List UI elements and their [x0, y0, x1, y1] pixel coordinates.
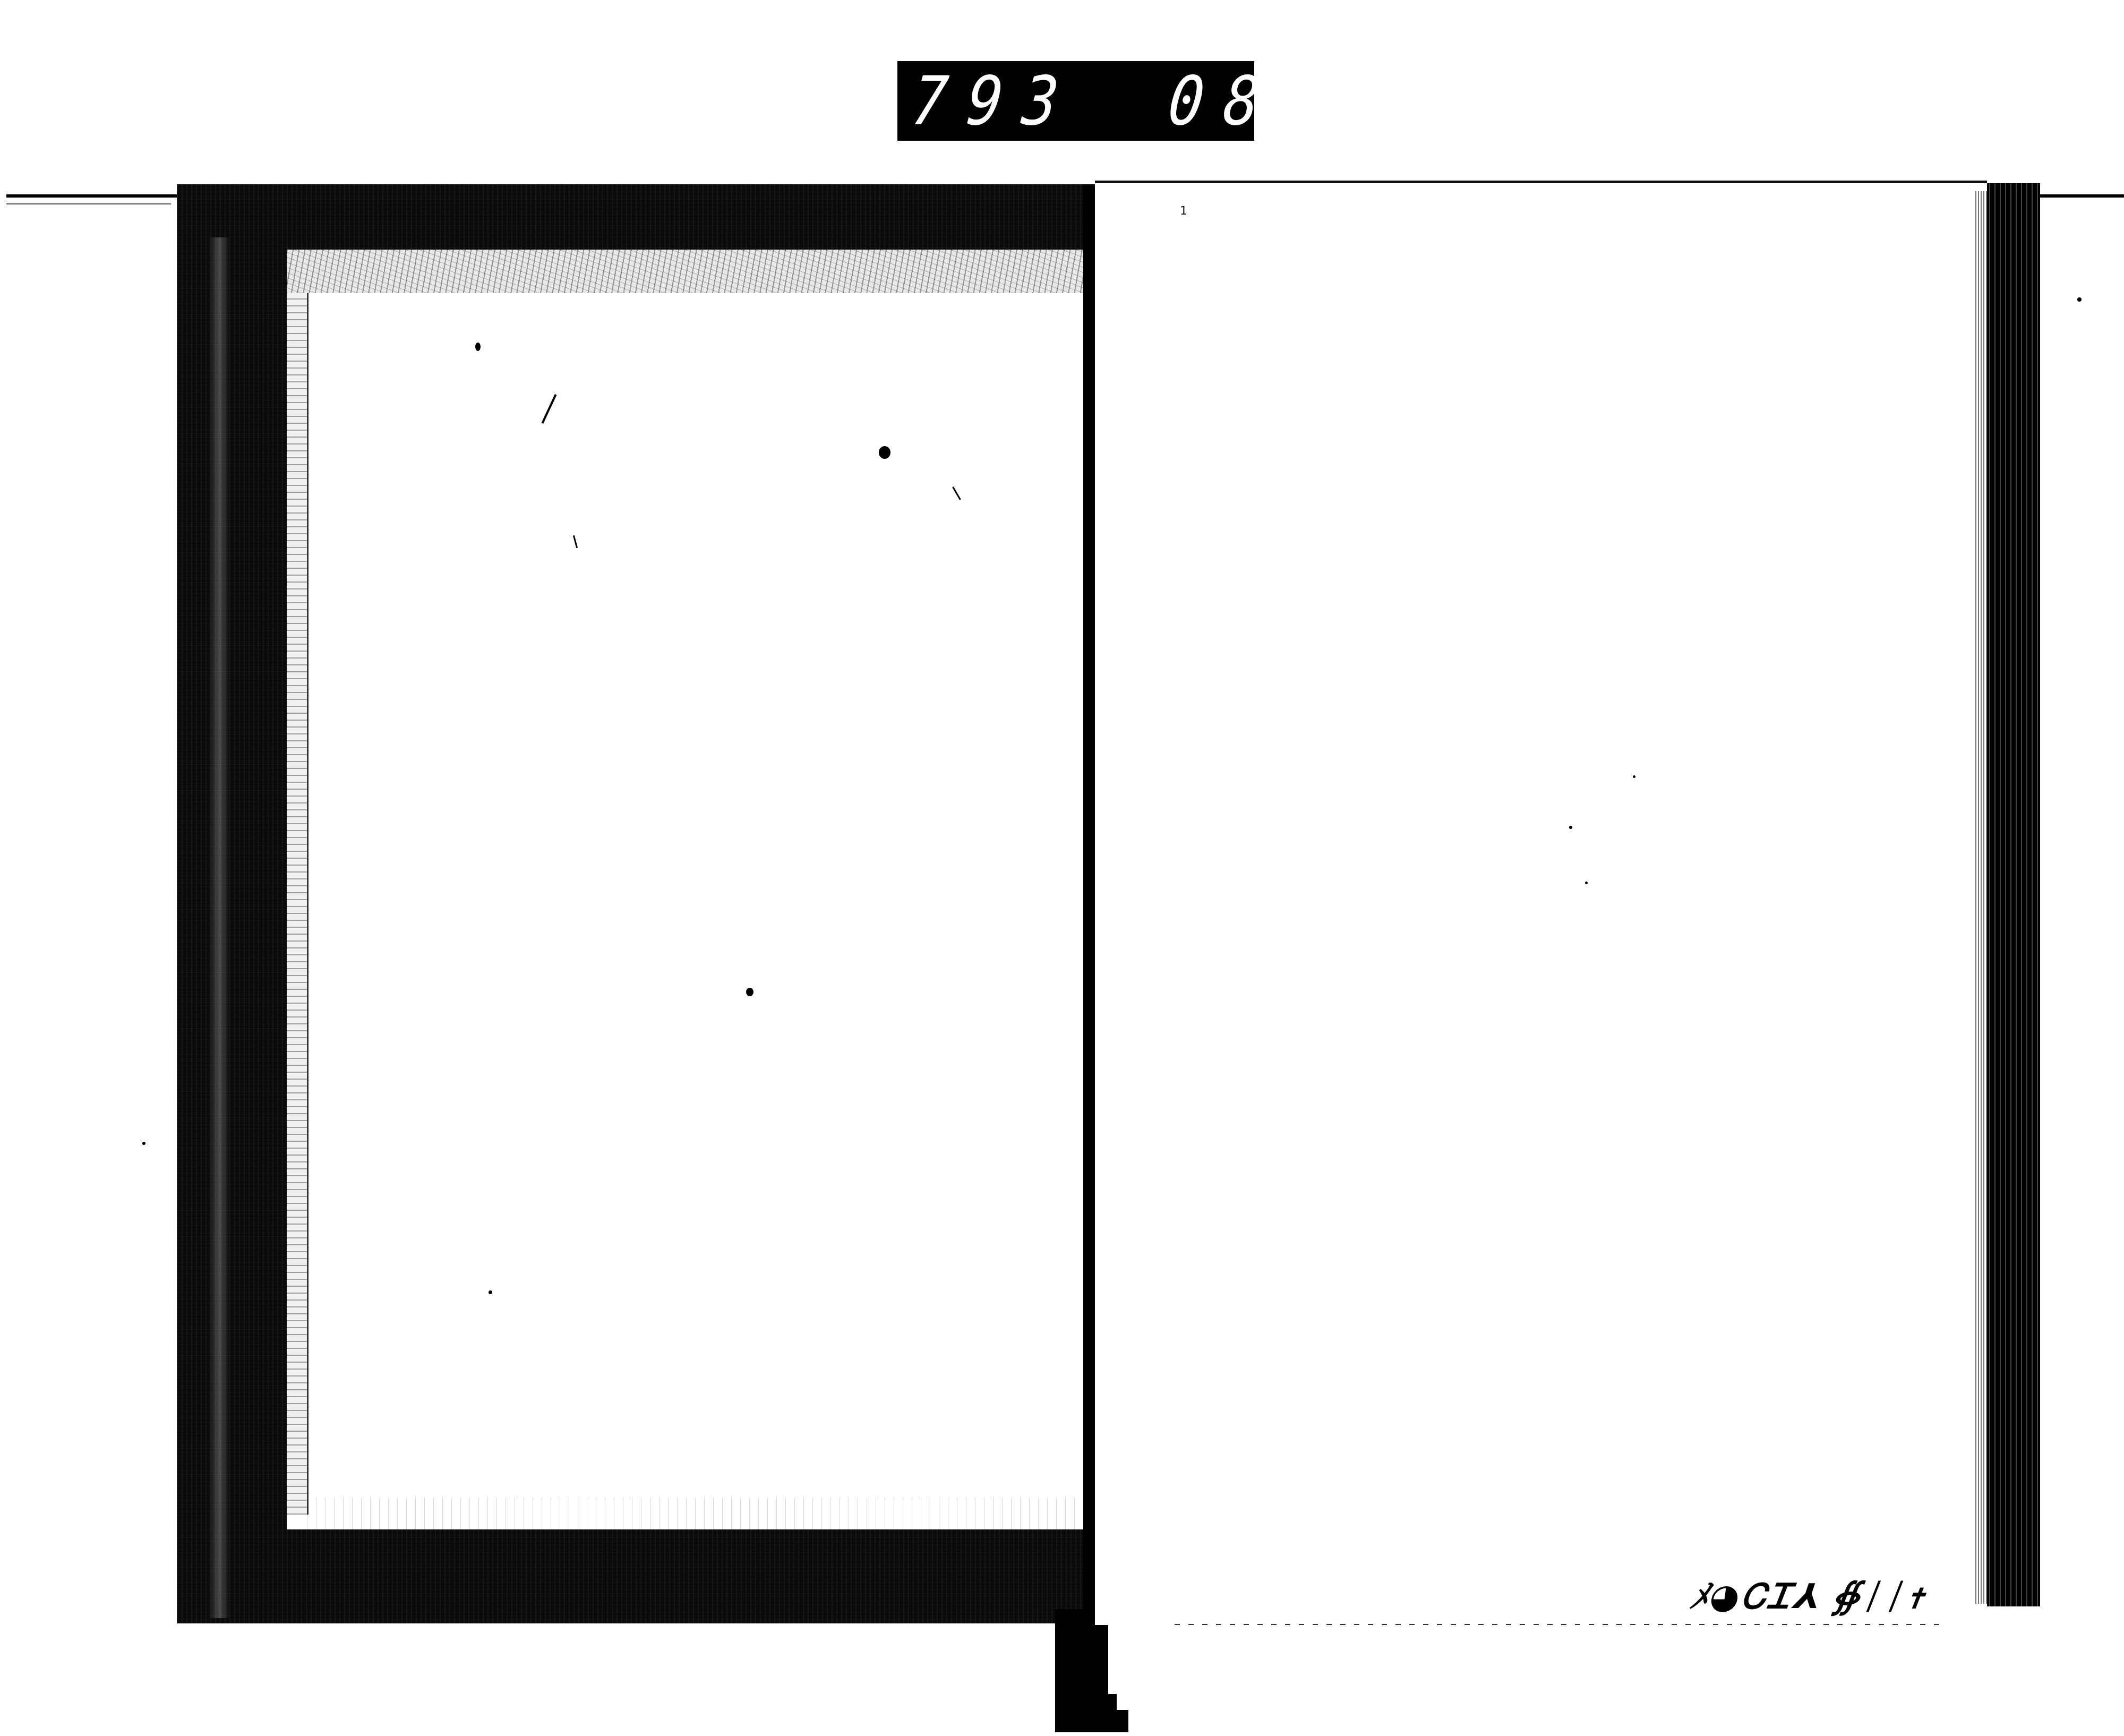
left-page-inner-edge: [287, 293, 309, 1515]
scan-speck: [1585, 882, 1588, 884]
scan-speck: [142, 1142, 145, 1145]
right-page-bottom-edge: [1175, 1624, 1945, 1625]
page-block-shading: [1975, 191, 1988, 1604]
scan-speck: [1569, 826, 1572, 829]
spine-tab: [1055, 1609, 1108, 1732]
scan-rule-line-thin: [6, 203, 171, 204]
scan-speck: [489, 1290, 492, 1294]
book-fore-edge: [1987, 183, 2040, 1606]
frame-number: 080.: [1165, 67, 1393, 135]
page-number: 1: [1180, 204, 1187, 218]
scan-speck: [2077, 297, 2082, 302]
scan-speck: [1633, 775, 1635, 778]
left-page: [287, 250, 1083, 1529]
scan-speck: [475, 343, 481, 351]
cover-highlight: [209, 237, 230, 1618]
handwritten-note: ﾒ◕ᏟᏆ⅄ ∯ᛁᛁ✝: [1688, 1569, 1932, 1618]
spine-tab-step: [1108, 1694, 1117, 1732]
frame-counter: 793 080.: [897, 61, 1254, 141]
right-page: 1: [1095, 181, 1987, 1625]
left-page-top-edge: [287, 250, 1083, 293]
scan-speck: [746, 988, 753, 996]
left-page-bottom-edge: [307, 1498, 1083, 1529]
reel-number: 793: [909, 67, 1082, 135]
book-gutter: [1083, 184, 1095, 1639]
spine-tab-step: [1117, 1710, 1128, 1732]
scan-speck: [879, 446, 890, 459]
